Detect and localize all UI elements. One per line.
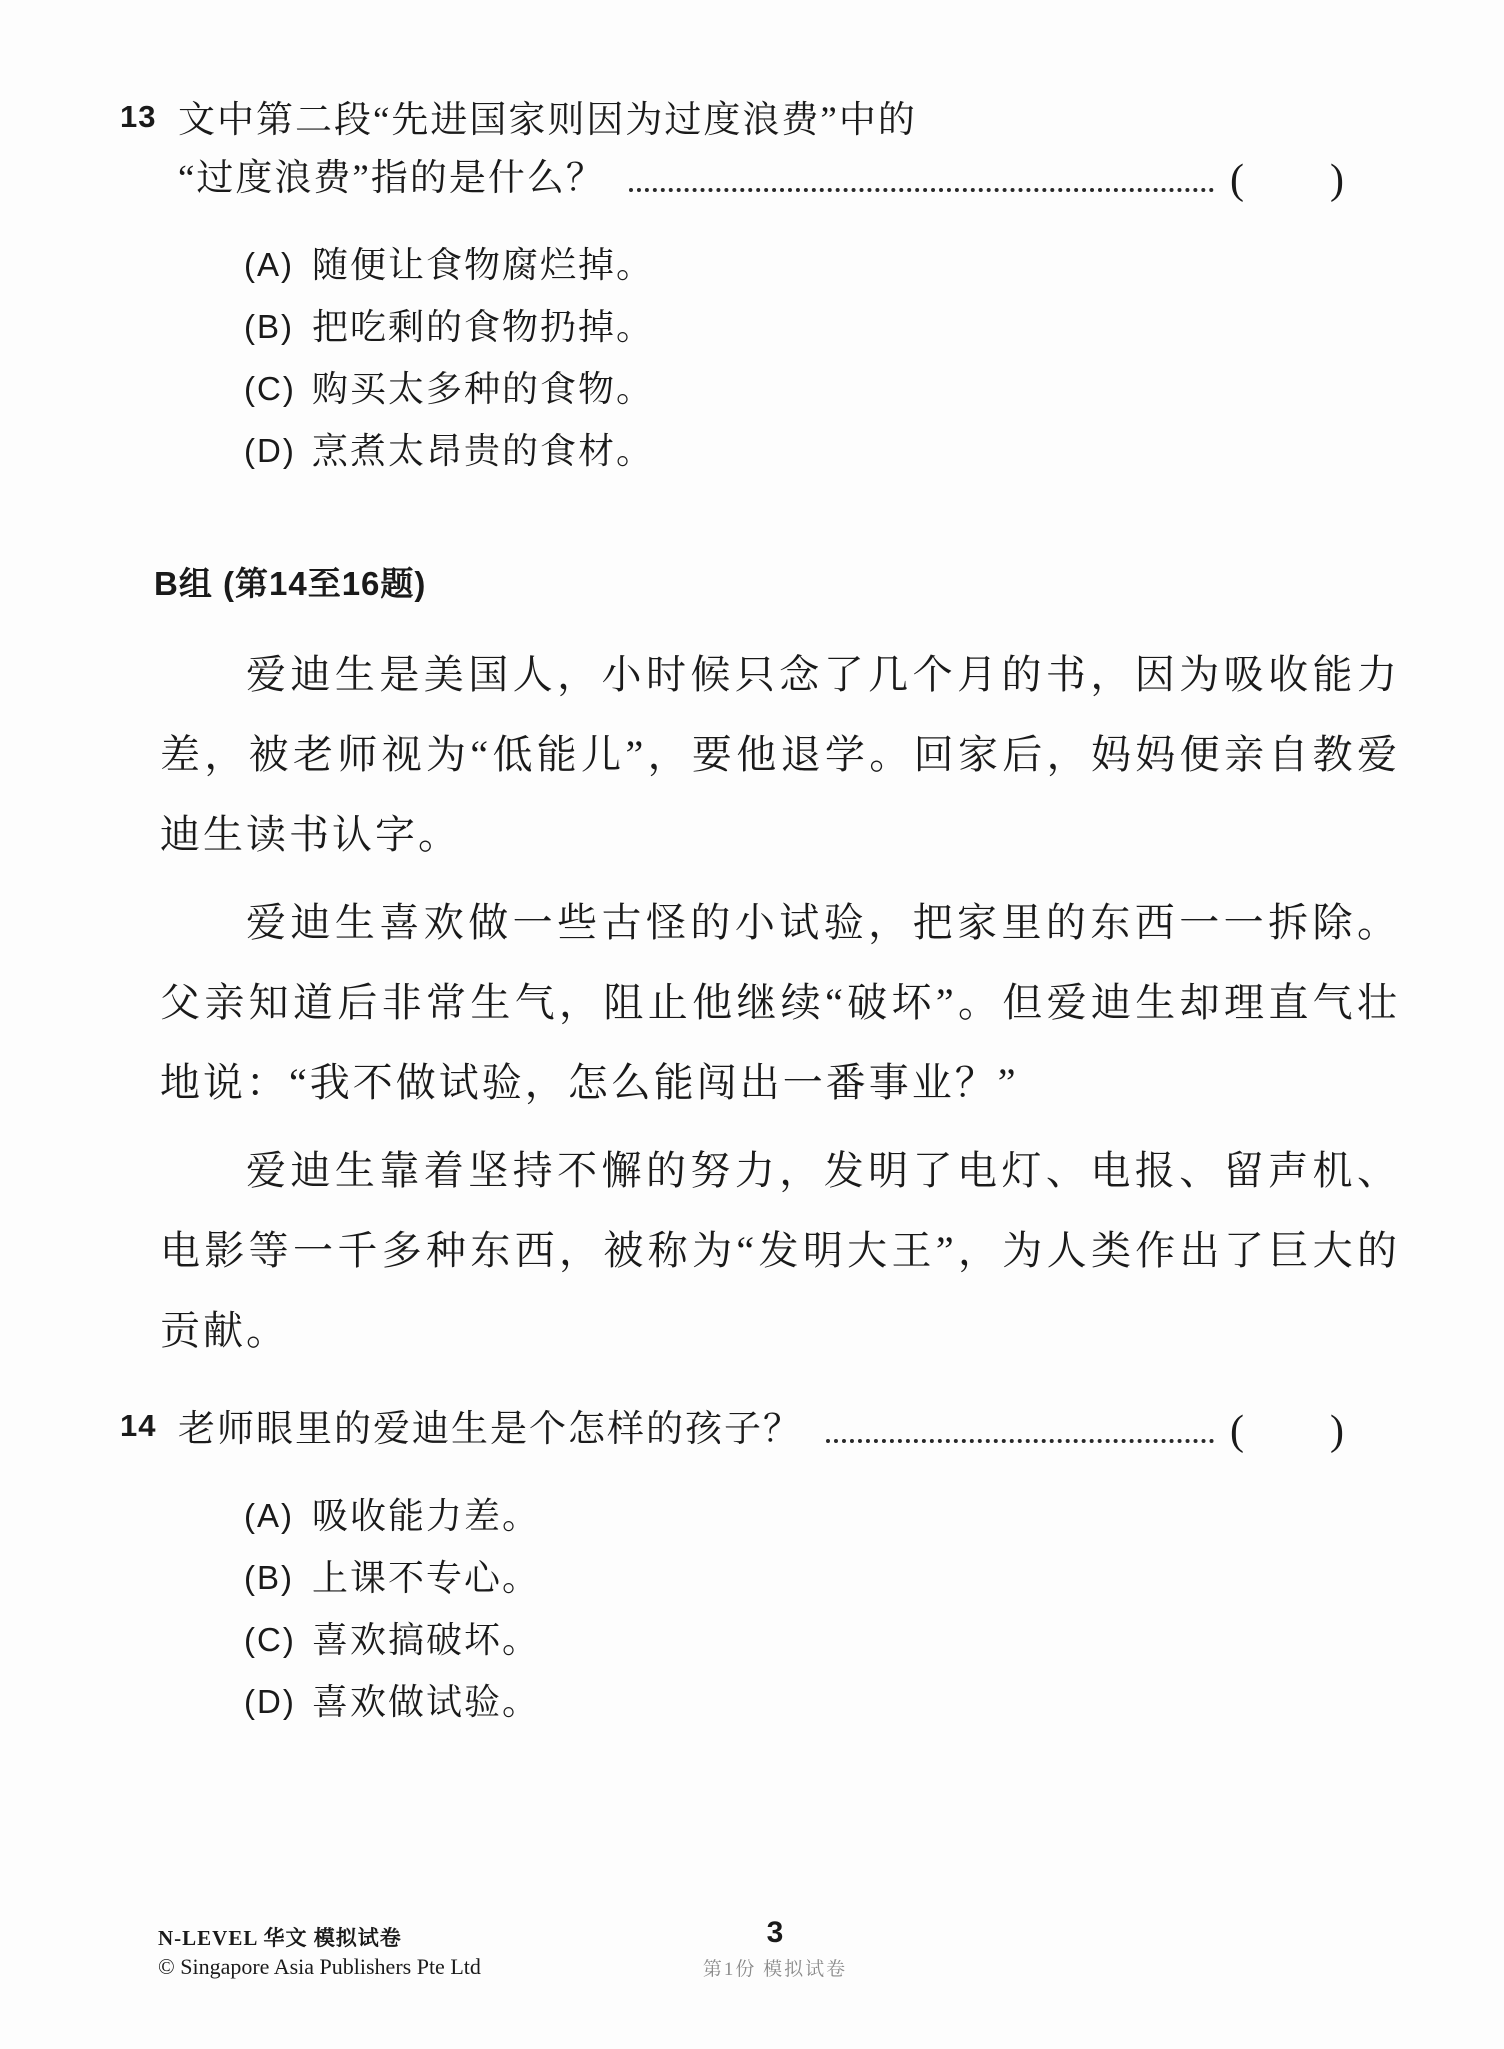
question-13-number: 13	[120, 92, 178, 142]
option-row: (A) 随便让食物腐烂掉。	[244, 234, 1400, 296]
question-14-text: 老师眼里的爱迪生是个怎样的孩子？	[178, 1401, 802, 1459]
option-label: (B)	[244, 296, 312, 358]
question-14-number: 14	[120, 1401, 178, 1451]
option-label: (C)	[244, 358, 312, 420]
option-text: 上课不专心。	[312, 1547, 540, 1609]
option-row: (B) 把吃剩的食物扔掉。	[244, 296, 1400, 358]
question-13: 13 文中第二段“先进国家则因为过度浪费”中的 “过度浪费”指的是什么？ () …	[160, 92, 1400, 482]
option-text: 吸收能力差。	[312, 1485, 540, 1547]
dotted-leader	[826, 1439, 1214, 1443]
dotted-leader	[629, 188, 1214, 192]
footer-series-title: N-LEVEL 华文 模拟试卷	[158, 1924, 481, 1952]
answer-brackets: ()	[1230, 1403, 1344, 1459]
option-row: (B) 上课不专心。	[244, 1547, 1400, 1609]
option-text: 把吃剩的食物扔掉。	[312, 296, 654, 358]
option-text: 喜欢做试验。	[312, 1671, 540, 1733]
option-label: (A)	[244, 234, 312, 296]
option-text: 喜欢搞破坏。	[312, 1609, 540, 1671]
option-row: (C) 购买太多种的食物。	[244, 358, 1400, 420]
bracket-open: (	[1230, 157, 1244, 203]
bracket-close: )	[1330, 1408, 1344, 1454]
question-14-options: (A) 吸收能力差。 (B) 上课不专心。 (C) 喜欢搞破坏。 (D) 喜欢做…	[244, 1485, 1400, 1733]
bracket-close: )	[1330, 157, 1344, 203]
option-text: 随便让食物腐烂掉。	[312, 234, 654, 296]
passage-paragraph: 爱迪生喜欢做一些古怪的小试验，把家里的东西一一拆除。父亲知道后非常生气，阻止他继…	[160, 883, 1400, 1123]
option-row: (D) 烹煮太昂贵的食材。	[244, 420, 1400, 482]
question-14: 14 老师眼里的爱迪生是个怎样的孩子？ () (A) 吸收能力差。 (B) 上课…	[160, 1401, 1400, 1733]
answer-brackets: ()	[1230, 152, 1344, 208]
option-label: (A)	[244, 1485, 312, 1547]
question-13-text-line2: “过度浪费”指的是什么？	[178, 150, 605, 208]
footer-left: N-LEVEL 华文 模拟试卷 © Singapore Asia Publish…	[158, 1924, 481, 1982]
option-label: (D)	[244, 1671, 312, 1733]
option-row: (A) 吸收能力差。	[244, 1485, 1400, 1547]
option-row: (D) 喜欢做试验。	[244, 1671, 1400, 1733]
option-label: (B)	[244, 1547, 312, 1609]
passage-paragraph: 爱迪生靠着坚持不懈的努力，发明了电灯、电报、留声机、电影等一千多种东西，被称为“…	[160, 1131, 1400, 1371]
option-row: (C) 喜欢搞破坏。	[244, 1609, 1400, 1671]
option-text: 烹煮太昂贵的食材。	[312, 420, 654, 482]
footer-center: 3 第1份 模拟试卷	[660, 1916, 890, 1981]
section-b-header: B组 (第14至16题)	[154, 558, 1400, 605]
reading-passage: 爱迪生是美国人，小时候只念了几个月的书，因为吸收能力差，被老师视为“低能儿”，要…	[160, 635, 1400, 1371]
option-text: 购买太多种的食物。	[312, 358, 654, 420]
question-13-text-line1: 文中第二段“先进国家则因为过度浪费”中的	[178, 92, 1400, 150]
exam-paper-page: 13 文中第二段“先进国家则因为过度浪费”中的 “过度浪费”指的是什么？ () …	[0, 0, 1504, 2049]
option-label: (D)	[244, 420, 312, 482]
footer-page-caption: 第1份 模拟试卷	[660, 1954, 890, 1981]
footer-copyright: © Singapore Asia Publishers Pte Ltd	[158, 1952, 481, 1982]
page-number: 3	[660, 1916, 890, 1950]
option-label: (C)	[244, 1609, 312, 1671]
passage-paragraph: 爱迪生是美国人，小时候只念了几个月的书，因为吸收能力差，被老师视为“低能儿”，要…	[160, 635, 1400, 875]
question-13-options: (A) 随便让食物腐烂掉。 (B) 把吃剩的食物扔掉。 (C) 购买太多种的食物…	[244, 234, 1400, 482]
bracket-open: (	[1230, 1408, 1244, 1454]
